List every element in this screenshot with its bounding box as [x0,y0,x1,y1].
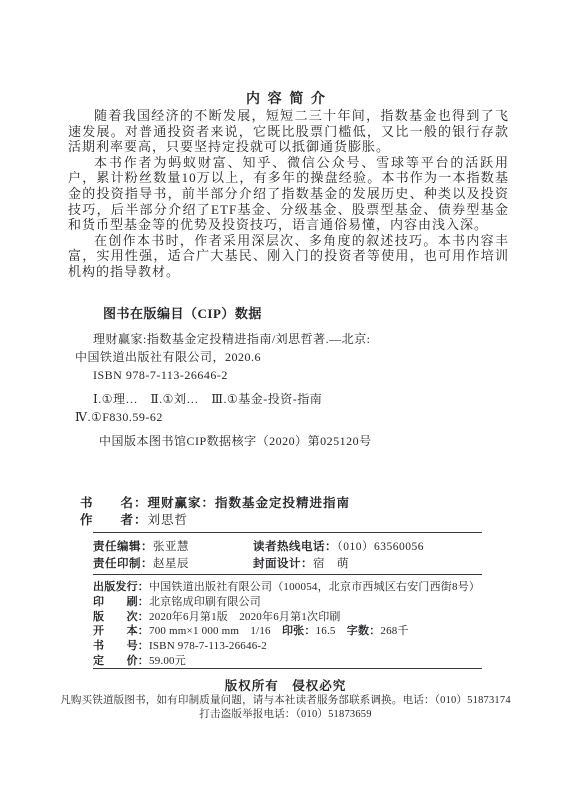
book-title-label: 书 名： [80,496,148,510]
publication-value: ISBN 978-7-113-26646-2 [149,639,267,654]
cip-line: 中国版本图书馆CIP数据核字（2020）第025120号 [75,432,372,450]
staff-value: （010）63560056 [337,541,424,553]
staff-cell: 封面设计：宿 萌 [253,556,349,573]
piracy-hotline-text: 打击盗版举报电话：（010）51873659 [0,706,571,721]
publication-value: 北京铭成印刷有限公司 [149,595,261,610]
staff-label: 责任印制： [93,558,153,570]
content-summary-title: 内容简介 [0,88,571,108]
quality-hotline-text: 凡购买铁道版图书，如有印制质量问题，请与本社读者服务部联系调换。电话：（010）… [0,692,571,707]
divider-line [93,574,482,575]
book-copyright-page: 内容简介 随着我国经济的不断发展，短短二三十年间，指数基金也得到了飞速发展。对普… [0,0,571,799]
format-label: 开 本： [93,624,149,639]
publication-label: 定 价： [93,654,149,669]
intro-paragraph: 在创作本书时，作者采用深层次、多角度的叙述技巧。本书内容丰富，实用性强，适合广大… [68,233,509,280]
editorial-staff-block: 责任编辑：张亚慧 读者热线电话：（010）63560056 责任印制：赵星辰 封… [93,539,503,572]
staff-cell: 责任编辑：张亚慧 [93,539,253,556]
book-title-author-block: 书 名：理财赢家：指数基金定投精进指南 作 者：刘思哲 [80,495,350,529]
staff-label: 封面设计： [253,558,313,570]
divider-line [93,668,482,669]
publication-row: 印 刷： 北京铭成印刷有限公司 [93,595,523,610]
publication-details-block: 出版发行： 中国铁道出版社有限公司（100054，北京市西城区右安门西街8号） … [93,580,523,669]
publication-label: 书 号： [93,639,149,654]
staff-row: 责任印制：赵星辰 封面设计：宿 萌 [93,556,503,573]
cip-line: Ⅳ.①F830.59-62 [75,408,372,426]
divider-line [93,532,482,533]
publication-label: 版 次： [93,610,149,625]
cip-line: 理财赢家:指数基金定投精进指南/刘思哲著.—北京: [75,330,372,348]
staff-cell: 责任印制：赵星辰 [93,556,253,573]
publication-value: 中国铁道出版社有限公司（100054，北京市西城区右安门西街8号） [149,580,480,595]
book-title: 理财赢家：指数基金定投精进指南 [148,496,351,510]
staff-row: 责任编辑：张亚慧 读者热线电话：（010）63560056 [93,539,503,556]
publication-value: 59.00元 [149,654,186,669]
book-author: 刘思哲 [148,513,189,527]
intro-paragraph: 随着我国经济的不断发展，短短二三十年间，指数基金也得到了飞速发展。对普通投资者来… [68,108,509,155]
publication-row: 版 次： 2020年6月第1版 2020年6月第1次印刷 [93,610,523,625]
staff-value: 宿 萌 [313,558,349,570]
publication-row-format: 开 本： 700 mm×1 000 mm 1/16 印张： 16.5 字数： 2… [93,624,523,639]
publication-row: 出版发行： 中国铁道出版社有限公司（100054，北京市西城区右安门西街8号） [93,580,523,595]
cip-line: ISBN 978-7-113-26646-2 [75,366,372,384]
wordcount-label: 字数： [347,624,381,639]
cip-heading: 图书在版编目（CIP）数据 [103,303,262,322]
staff-cell: 读者热线电话：（010）63560056 [253,539,424,556]
intro-paragraph: 本书作者为蚂蚁财富、知乎、微信公众号、雪球等平台的活跃用户，累计粉丝数量10万以… [68,155,509,233]
staff-label: 读者热线电话： [253,541,337,553]
publication-value: 2020年6月第1版 2020年6月第1次印刷 [149,610,341,625]
sheets-value: 16.5 [316,624,347,639]
staff-value: 张亚慧 [153,541,189,553]
book-title-row: 书 名：理财赢家：指数基金定投精进指南 [80,495,350,512]
format-size: 700 mm×1 000 mm 1/16 [149,624,282,639]
book-author-row: 作 者：刘思哲 [80,512,350,529]
wordcount-value: 268千 [380,624,408,639]
sheets-label: 印张： [282,624,316,639]
publication-label: 出版发行： [93,580,149,595]
publication-row: 定 价： 59.00元 [93,654,523,669]
content-summary-block: 随着我国经济的不断发展，短短二三十年间，指数基金也得到了飞速发展。对普通投资者来… [68,108,509,280]
cip-line: 中国铁道出版社有限公司，2020.6 [75,348,372,366]
cip-data-block: 理财赢家:指数基金定投精进指南/刘思哲著.—北京: 中国铁道出版社有限公司，20… [75,330,372,450]
publication-row: 书 号： ISBN 978-7-113-26646-2 [93,639,523,654]
staff-value: 赵星辰 [153,558,189,570]
staff-label: 责任编辑： [93,541,153,553]
book-author-label: 作 者： [80,513,148,527]
cip-line: Ⅰ.①理… Ⅱ.①刘… Ⅲ.①基金-投资-指南 [75,390,372,408]
publication-label: 印 刷： [93,595,149,610]
